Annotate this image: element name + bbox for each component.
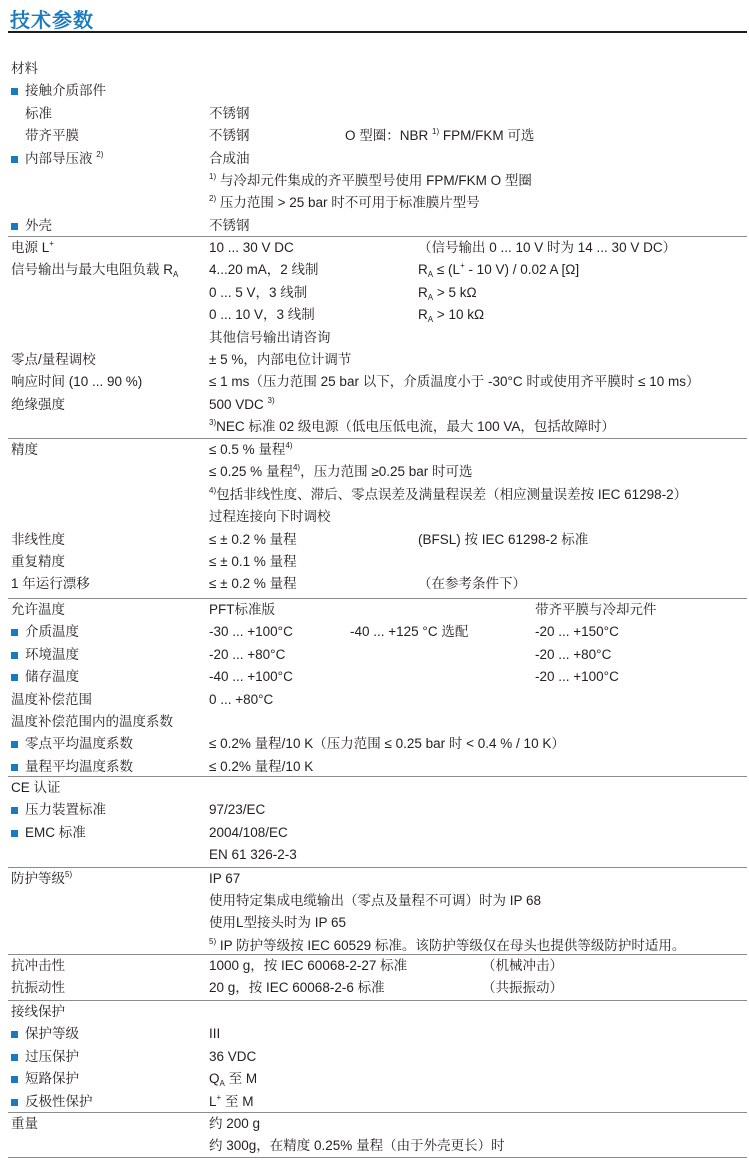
row-label: 抗冲击性 xyxy=(11,955,65,977)
spec-row: ≤ 0.25 % 量程4)，压力范围 ≥0.25 bar 时可选 xyxy=(8,461,747,483)
spec-row: 重复精度 ≤ ± 0.1 % 量程 xyxy=(8,551,747,573)
spec-table: 材料 接触介质部件 标准 不锈钢 带齐平膜 不锈钢 O 型圈：NBR 1) FP… xyxy=(8,58,747,1158)
row-value: 0 ... +80°C xyxy=(209,689,273,711)
row-label: 量程平均温度系数 xyxy=(25,756,133,778)
row-note: (BFSL) 按 IEC 61298-2 标准 xyxy=(418,529,588,551)
footnote: 4)包括非线性度、滞后、零点误差及满量程误差（相应测量误差按 IEC 61298… xyxy=(209,484,687,506)
section-heading: 接线保护 xyxy=(11,1001,65,1023)
row-label: 短路保护 xyxy=(25,1068,79,1090)
row-label: 抗振动性 xyxy=(11,977,65,999)
row-value: ≤ 0.25 % 量程4)，压力范围 ≥0.25 bar 时可选 xyxy=(209,461,473,483)
footnote: 5) IP 防护等级按 IEC 60529 标准。该防护等级仅在母头也提供等级防… xyxy=(209,935,685,957)
row-value: ≤ 0.5 % 量程4) xyxy=(209,439,293,461)
row-value: -20 ... +80°C xyxy=(209,644,285,666)
row-note: RA > 10 kΩ xyxy=(418,304,484,326)
spec-row: 重量 约 200 g xyxy=(8,1113,747,1135)
section-wiring: 接线保护 保护等级 III 过压保护 36 VDC 短路保护 QA 至 M 反极… xyxy=(8,1001,747,1113)
row-label: 信号输出与最大电阻负载 RA xyxy=(11,259,178,281)
footnote: 3)NEC 标准 02 级电源（低电压低电流，最大 100 VA，包括故障时） xyxy=(209,416,615,438)
footnote-ref: 2) xyxy=(96,150,103,159)
row-label: 响应时间 (10 ... 90 %) xyxy=(11,371,142,393)
row-label: 温度补偿范围 xyxy=(11,689,92,711)
bullet-icon xyxy=(11,830,18,837)
row-value: 4...20 mA，2 线制 xyxy=(209,259,319,281)
row-value: ≤ ± 0.2 % 量程 xyxy=(209,573,297,595)
column-header: 带齐平膜与冷却元件 xyxy=(535,599,657,621)
row-note: O 型圈：NBR 1) FPM/FKM 可选 xyxy=(345,125,534,147)
spec-row: CE 认证 xyxy=(8,777,747,799)
bullet-icon xyxy=(11,88,18,95)
row-value-flush: -20 ... +80°C xyxy=(535,644,611,666)
spec-row: 过程连接向下时调校 xyxy=(8,506,747,528)
bullet-icon xyxy=(11,807,18,814)
section-ce-protection: CE 认证 压力装置标准 97/23/EC EMC 标准 2004/108/EC… xyxy=(8,777,747,955)
row-label: 非线性度 xyxy=(11,529,65,551)
bullet-icon xyxy=(11,1054,18,1061)
spec-row: 0 ... 10 V，3 线制 RA > 10 kΩ xyxy=(8,304,747,326)
row-value-flush: -20 ... +100°C xyxy=(535,666,619,688)
spec-row: 3)NEC 标准 02 级电源（低电压低电流，最大 100 VA，包括故障时） xyxy=(8,416,747,438)
column-header: PFT标准版 xyxy=(209,599,275,621)
row-value: -40 ... +100°C xyxy=(209,666,293,688)
row-value: 0 ... 10 V，3 线制 xyxy=(209,304,315,326)
row-value: 不锈钢 xyxy=(209,125,250,147)
row-label: 反极性保护 xyxy=(25,1091,93,1113)
section-accuracy: 精度 ≤ 0.5 % 量程4) ≤ 0.25 % 量程4)，压力范围 ≥0.25… xyxy=(8,439,747,599)
row-value: QA 至 M xyxy=(209,1068,257,1090)
spec-row: 使用L型接头时为 IP 65 xyxy=(8,912,747,934)
spec-row: 精度 ≤ 0.5 % 量程4) xyxy=(8,439,747,461)
row-value: 97/23/EC xyxy=(209,799,265,821)
row-value: 合成油 xyxy=(209,148,250,170)
spec-row: 保护等级 III xyxy=(8,1023,747,1045)
row-label: 零点平均温度系数 xyxy=(25,733,133,755)
spec-row: 抗振动性 20 g，按 IEC 60068-2-6 标准 （共振振动） xyxy=(8,977,747,999)
spec-row: 约 300g，在精度 0.25% 量程（由于外壳更长）时 xyxy=(8,1135,747,1157)
section-weight: 重量 约 200 g 约 300g，在精度 0.25% 量程（由于外壳更长）时 xyxy=(8,1113,747,1158)
row-label: 接触介质部件 xyxy=(25,80,106,102)
row-note: （共振振动） xyxy=(482,977,563,999)
row-note: RA > 5 kΩ xyxy=(418,282,477,304)
bullet-icon xyxy=(11,741,18,748)
bullet-icon xyxy=(11,652,18,659)
spec-row: 响应时间 (10 ... 90 %) ≤ 1 ms（压力范围 25 bar 以下… xyxy=(8,371,747,393)
spec-row: 带齐平膜 不锈钢 O 型圈：NBR 1) FPM/FKM 可选 xyxy=(8,125,747,147)
row-value: 500 VDC 3) xyxy=(209,394,275,416)
row-value: 约 300g，在精度 0.25% 量程（由于外壳更长）时 xyxy=(209,1135,505,1157)
row-note: （机械冲击） xyxy=(482,955,563,977)
bullet-icon xyxy=(11,674,18,681)
spec-row: 1 年运行漂移 ≤ ± 0.2 % 量程 （在参考条件下） xyxy=(8,573,747,595)
spec-row: 标准 不锈钢 xyxy=(8,103,747,125)
spec-row: 温度补偿范围内的温度系数 xyxy=(8,711,747,733)
row-label: 1 年运行漂移 xyxy=(11,573,90,595)
footnote: 过程连接向下时调校 xyxy=(209,506,331,528)
row-label: 压力装置标准 xyxy=(25,799,106,821)
row-label: 防护等级5) xyxy=(11,868,72,890)
row-label: EMC 标准 xyxy=(25,822,86,844)
spec-row: 储存温度 -40 ... +100°C -20 ... +100°C xyxy=(8,666,747,688)
row-label: 过压保护 xyxy=(25,1046,79,1068)
row-label: 绝缘强度 xyxy=(11,394,65,416)
section-materials: 材料 接触介质部件 标准 不锈钢 带齐平膜 不锈钢 O 型圈：NBR 1) FP… xyxy=(8,58,747,237)
row-label: 电源 L+ xyxy=(11,237,54,259)
spec-row: 0 ... 5 V，3 线制 RA > 5 kΩ xyxy=(8,282,747,304)
row-value: ≤ ± 0.2 % 量程 xyxy=(209,529,297,551)
row-label: 储存温度 xyxy=(25,666,79,688)
row-value: L+ 至 M xyxy=(209,1091,253,1113)
footnote: 1) 与冷却元件集成的齐平膜型号使用 FPM/FKM O 型圈 xyxy=(209,170,532,192)
row-value: 其他信号输出请咨询 xyxy=(209,327,331,349)
spec-row: 过压保护 36 VDC xyxy=(8,1046,747,1068)
row-value: 不锈钢 xyxy=(209,103,250,125)
spec-row: 接线保护 xyxy=(8,1001,747,1023)
row-value: ≤ 0.2% 量程/10 K xyxy=(209,756,313,778)
spec-row: 4)包括非线性度、滞后、零点误差及满量程误差（相应测量误差按 IEC 61298… xyxy=(8,484,747,506)
row-label: 介质温度 xyxy=(25,621,79,643)
spec-row: 材料 xyxy=(8,58,747,80)
section-heading: CE 认证 xyxy=(11,777,61,799)
spec-row: 零点平均温度系数 ≤ 0.2% 量程/10 K（压力范围 ≤ 0.25 bar … xyxy=(8,733,747,755)
spec-row: 压力装置标准 97/23/EC xyxy=(8,799,747,821)
row-note: RA ≤ (L+ - 10 V) / 0.02 A [Ω] xyxy=(418,259,579,281)
spec-row: 其他信号输出请咨询 xyxy=(8,327,747,349)
section-mechanical: 抗冲击性 1000 g，按 IEC 60068-2-27 标准 （机械冲击） 抗… xyxy=(8,955,747,1001)
footnote: 2) 压力范围 > 25 bar 时不可用于标准膜片型号 xyxy=(209,192,480,214)
row-value: 不锈钢 xyxy=(209,215,250,237)
bullet-icon xyxy=(11,1076,18,1083)
row-label: 零点/量程调校 xyxy=(11,349,96,371)
spec-row: 非线性度 ≤ ± 0.2 % 量程 (BFSL) 按 IEC 61298-2 标… xyxy=(8,529,747,551)
row-label: 允许温度 xyxy=(11,599,65,621)
spec-row: EN 61 326-2-3 xyxy=(8,844,747,867)
bullet-icon xyxy=(11,156,18,163)
row-value: ± 5 %，内部电位计调节 xyxy=(209,349,351,371)
row-label: 重复精度 xyxy=(11,551,65,573)
bullet-icon xyxy=(11,1099,18,1106)
bullet-icon xyxy=(11,223,18,230)
spec-row: 2) 压力范围 > 25 bar 时不可用于标准膜片型号 xyxy=(8,192,747,214)
row-value: 使用特定集成电缆输出（零点及量程不可调）时为 IP 68 xyxy=(209,890,541,912)
row-label: 带齐平膜 xyxy=(25,125,79,147)
row-value: 10 ... 30 V DC xyxy=(209,237,294,259)
row-value: 20 g，按 IEC 60068-2-6 标准 xyxy=(209,977,385,999)
row-value: ≤ 0.2% 量程/10 K（压力范围 ≤ 0.25 bar 时 < 0.4 %… xyxy=(209,733,565,755)
row-value-flush: -20 ... +150°C xyxy=(535,621,619,643)
row-value: 1000 g，按 IEC 60068-2-27 标准 xyxy=(209,955,407,977)
bullet-icon xyxy=(11,1031,18,1038)
row-value: 使用L型接头时为 IP 65 xyxy=(209,912,346,934)
title-divider xyxy=(8,31,747,33)
spec-row: 短路保护 QA 至 M xyxy=(8,1068,747,1090)
row-label: 保护等级 xyxy=(25,1023,79,1045)
section-heading: 材料 xyxy=(11,58,38,80)
row-value: 约 200 g xyxy=(209,1113,260,1135)
spec-row: 外壳 不锈钢 xyxy=(8,215,747,237)
spec-row: 使用特定集成电缆输出（零点及量程不可调）时为 IP 68 xyxy=(8,890,747,912)
section-electrical: 电源 L+ 10 ... 30 V DC （信号输出 0 ... 10 V 时为… xyxy=(8,237,747,439)
section-temperature: 允许温度 PFT标准版 带齐平膜与冷却元件 介质温度 -30 ... +100°… xyxy=(8,599,747,777)
row-label: 外壳 xyxy=(25,215,52,237)
spec-row: 电源 L+ 10 ... 30 V DC （信号输出 0 ... 10 V 时为… xyxy=(8,237,747,259)
spec-row: 零点/量程调校 ± 5 %，内部电位计调节 xyxy=(8,349,747,371)
row-value: ≤ 1 ms（压力范围 25 bar 以下，介质温度小于 -30°C 时或使用齐… xyxy=(209,371,700,393)
row-note: （信号输出 0 ... 10 V 时为 14 ... 30 V DC） xyxy=(418,237,676,259)
spec-row: 防护等级5) IP 67 xyxy=(8,868,747,890)
row-option: -40 ... +125 °C 选配 xyxy=(350,621,468,643)
spec-row: 绝缘强度 500 VDC 3) xyxy=(8,394,747,416)
row-label: 环境温度 xyxy=(25,644,79,666)
row-note: （在参考条件下） xyxy=(418,573,526,595)
row-value: 2004/108/EC xyxy=(209,822,288,844)
spec-row: 反极性保护 L+ 至 M xyxy=(8,1091,747,1113)
bullet-icon xyxy=(11,764,18,771)
row-label: 内部导压液 2) xyxy=(25,148,103,170)
spec-row: 接触介质部件 xyxy=(8,80,747,102)
spec-row: 信号输出与最大电阻负载 RA 4...20 mA，2 线制 RA ≤ (L+ -… xyxy=(8,259,747,281)
spec-row: EMC 标准 2004/108/EC xyxy=(8,822,747,844)
row-value: 36 VDC xyxy=(209,1046,256,1068)
spec-row: 温度补偿范围 0 ... +80°C xyxy=(8,689,747,711)
page-title: 技术参数 xyxy=(10,4,94,33)
spec-row: 内部导压液 2) 合成油 xyxy=(8,148,747,170)
spec-row: 抗冲击性 1000 g，按 IEC 60068-2-27 标准 （机械冲击） xyxy=(8,955,747,977)
row-label: 精度 xyxy=(11,439,38,461)
row-value: IP 67 xyxy=(209,868,240,890)
row-label: 标准 xyxy=(25,103,52,125)
row-value: 0 ... 5 V，3 线制 xyxy=(209,282,307,304)
spec-row: 量程平均温度系数 ≤ 0.2% 量程/10 K xyxy=(8,756,747,778)
spec-row: 允许温度 PFT标准版 带齐平膜与冷却元件 xyxy=(8,599,747,621)
row-label: 重量 xyxy=(11,1113,38,1135)
row-label: 温度补偿范围内的温度系数 xyxy=(11,711,173,733)
spec-row: 1) 与冷却元件集成的齐平膜型号使用 FPM/FKM O 型圈 xyxy=(8,170,747,192)
row-value: EN 61 326-2-3 xyxy=(209,844,297,866)
row-value: -30 ... +100°C xyxy=(209,621,293,643)
spec-row: 5) IP 防护等级按 IEC 60529 标准。该防护等级仅在母头也提供等级防… xyxy=(8,935,747,957)
row-value: III xyxy=(209,1023,220,1045)
spec-row: 介质温度 -30 ... +100°C -40 ... +125 °C 选配 -… xyxy=(8,621,747,643)
spec-row: 环境温度 -20 ... +80°C -20 ... +80°C xyxy=(8,644,747,666)
bullet-icon xyxy=(11,629,18,636)
row-value: ≤ ± 0.1 % 量程 xyxy=(209,551,297,573)
